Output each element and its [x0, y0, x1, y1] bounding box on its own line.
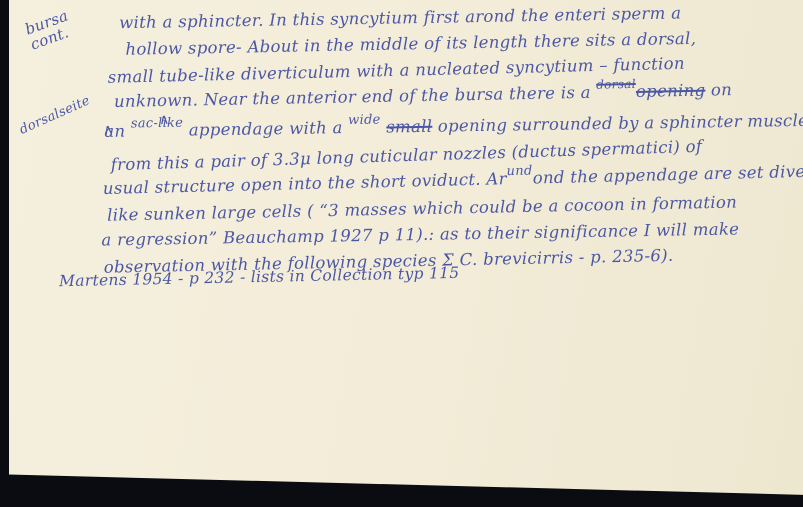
handwritten-text: appendage with a: [183, 118, 348, 140]
struck-out-word: small: [386, 117, 432, 137]
inserted-word: wide: [348, 108, 381, 135]
margin-note-dorsalseite: dorsalseite: [17, 93, 92, 137]
inserted-word: und: [506, 158, 533, 185]
inserted-word: sac-like: [131, 111, 184, 138]
struck-out-word: dorsal: [596, 71, 636, 98]
struck-out-word: opening: [636, 81, 706, 101]
index-card: bursa cont. dorsalseite ∧ ∧ with a sphin…: [9, 0, 803, 507]
handwritten-text: unknown. Near the anterior end of the bu…: [114, 83, 597, 111]
handwritten-text: an: [104, 121, 131, 140]
handwritten-text-body: with a sphincter. In this syncytium firs…: [107, 1, 803, 277]
handwritten-text: ond the appendage are set diverticula-: [532, 160, 803, 187]
handwritten-text: on: [705, 80, 732, 100]
margin-note-bursa-cont: bursa cont.: [23, 7, 76, 52]
